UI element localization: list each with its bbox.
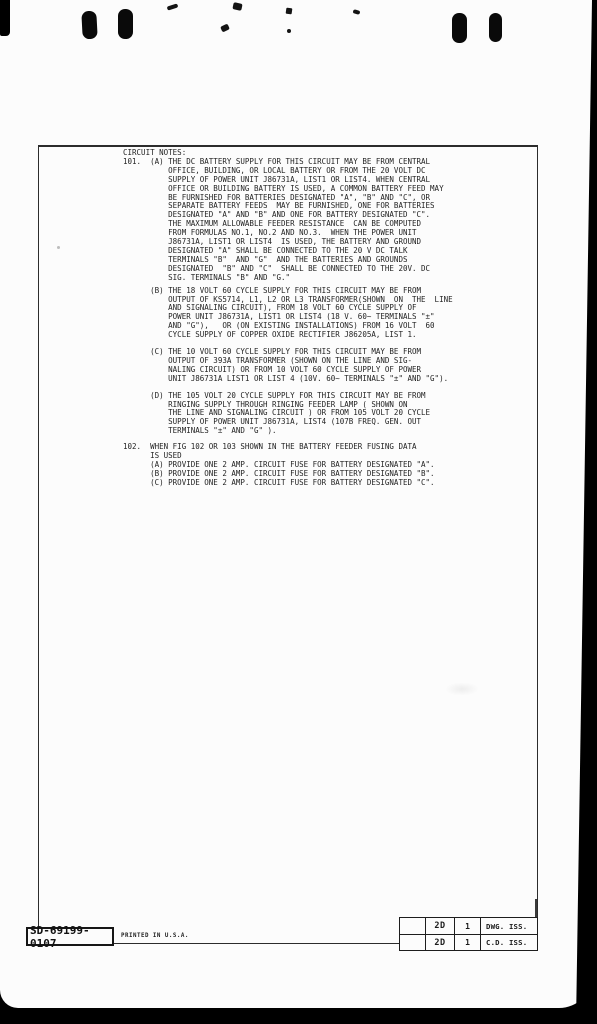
circuit-notes: CIRCUIT NOTES: 101. (A) THE DC BATTERY S… — [123, 149, 483, 488]
issue-table-cell-sheet: 2D — [425, 918, 454, 934]
note-101c: (C) THE 10 VOLT 60 CYCLE SUPPLY FOR THIS… — [123, 348, 483, 384]
ink-speck — [287, 29, 291, 33]
issue-table-cell-blank — [400, 918, 425, 934]
note-101a: 101. (A) THE DC BATTERY SUPPLY FOR THIS … — [123, 158, 483, 283]
issue-table-cell-blank — [400, 934, 425, 950]
issue-table: 2D 1 DWG. ISS. 2D 1 C.D. ISS. — [399, 917, 538, 951]
table-tick-mark — [535, 899, 537, 918]
issue-table-cell-issue: 1 — [454, 918, 480, 934]
ink-speck — [353, 9, 361, 15]
issue-table-cell-issue: 1 — [454, 934, 480, 950]
printed-in-usa-note: PRINTED IN U.S.A. — [121, 933, 189, 939]
binder-hole — [489, 13, 502, 42]
note-102: 102. WHEN FIG 102 OR 103 SHOWN IN THE BA… — [123, 443, 483, 488]
ink-speck — [167, 3, 179, 10]
issue-table-cell-sheet: 2D — [425, 934, 454, 950]
scan-corner-mark — [0, 0, 10, 36]
ink-speck — [232, 2, 242, 11]
binder-hole — [118, 9, 133, 39]
note-101b: (B) THE 18 VOLT 60 CYCLE SUPPLY FOR THIS… — [123, 287, 483, 340]
drawing-number: SD-69199-0107 — [30, 924, 112, 950]
drawing-number-stamp: SD-69199-0107 — [26, 927, 114, 946]
ink-speck — [286, 8, 293, 15]
issue-table-cell-label: DWG. ISS. — [480, 918, 537, 934]
binder-hole — [452, 13, 467, 43]
issue-table-cell-label: C.D. ISS. — [480, 934, 537, 950]
ink-speck — [220, 24, 230, 33]
note-101d: (D) THE 105 VOLT 20 CYCLE SUPPLY FOR THI… — [123, 392, 483, 437]
binder-hole — [81, 11, 97, 40]
paper-sheet: CIRCUIT NOTES: 101. (A) THE DC BATTERY S… — [0, 0, 593, 1008]
